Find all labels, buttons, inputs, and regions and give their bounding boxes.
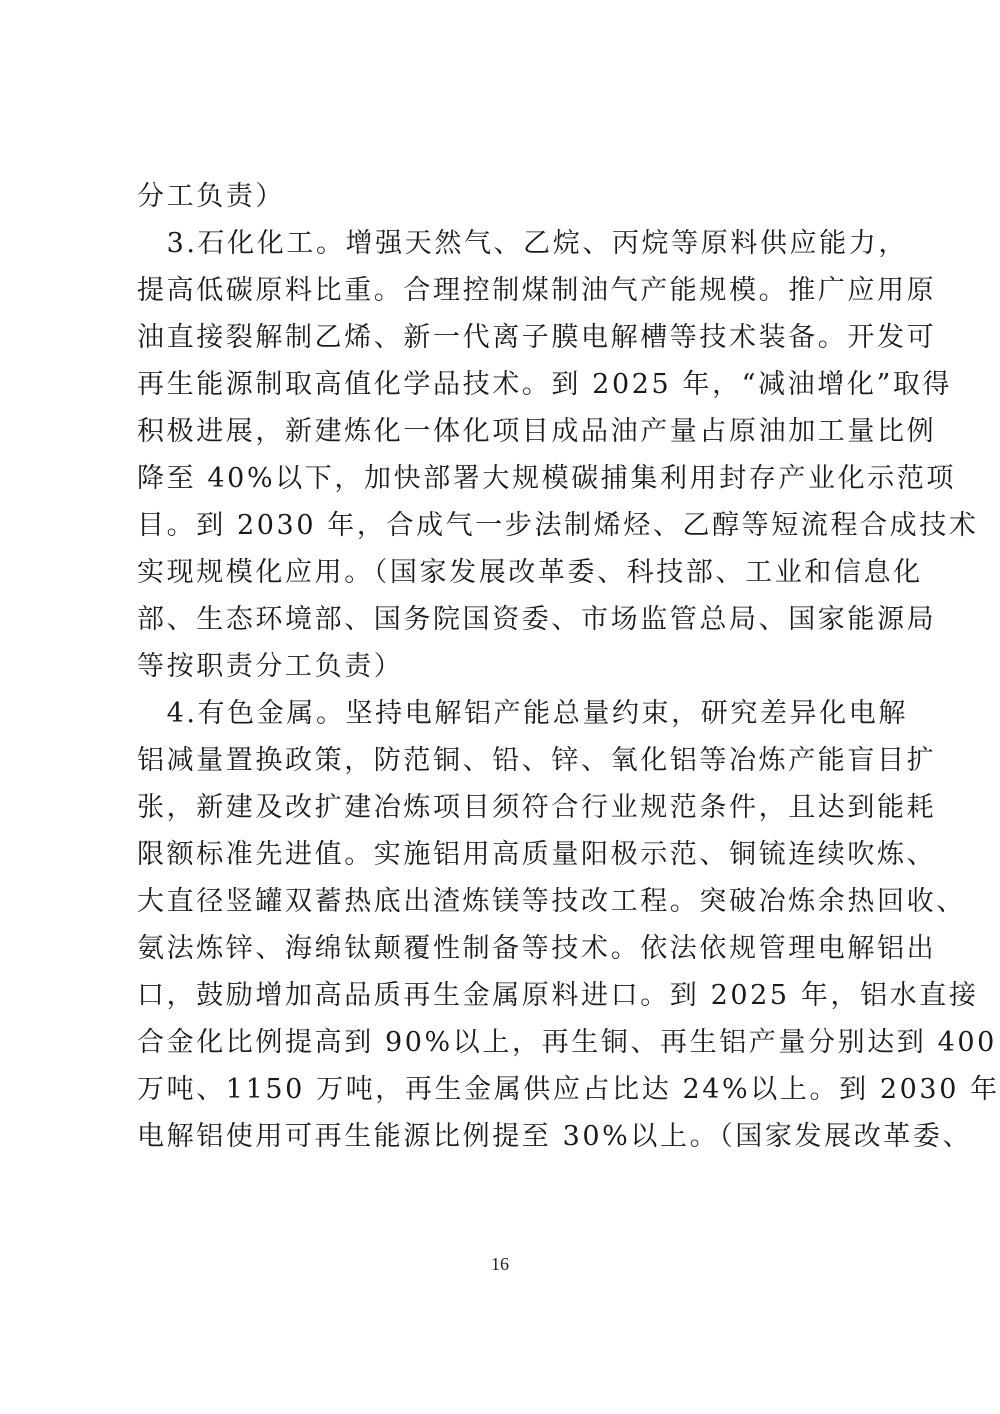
text-line: 张，新建及改扩建冶炼项目须符合行业规范条件，且达到能耗 (137, 788, 863, 828)
text-line: 氨法炼锌、海绵钛颠覆性制备等技术。依法依规管理电解铝出 (137, 929, 863, 969)
text-line: 等按职责分工负责） (137, 647, 863, 687)
page-number: 16 (0, 1254, 1000, 1275)
text-line: 分工负责） (137, 177, 863, 217)
text-line: 积极进展，新建炼化一体化项目成品油产量占原油加工量比例 (137, 412, 863, 452)
text-line: 部、生态环境部、国务院国资委、市场监管总局、国家能源局 (137, 600, 863, 640)
text-line: 油直接裂解制乙烯、新一代离子膜电解槽等技术装备。开发可 (137, 318, 863, 358)
text-line: 口，鼓励增加高品质再生金属原料进口。到 2025 年，铝水直接 (137, 976, 863, 1016)
text-line: 再生能源制取高值化学品技术。到 2025 年，“减油增化”取得 (137, 365, 863, 405)
section-4-heading-line: 4.有色金属。坚持电解铝产能总量约束，研究差异化电解 (137, 694, 863, 734)
text-line: 降至 40%以下，加快部署大规模碳捕集利用封存产业化示范项 (137, 459, 863, 499)
text-line: 万吨、1150 万吨，再生金属供应占比达 24%以上。到 2030 年， (137, 1070, 863, 1110)
text-line: 铝减量置换政策，防范铜、铅、锌、氧化铝等冶炼产能盲目扩 (137, 741, 863, 781)
document-page: 分工负责） 3.石化化工。增强天然气、乙烷、丙烷等原料供应能力， 提高低碳原料比… (0, 0, 1000, 1414)
text-line: 目。到 2030 年，合成气一步法制烯烃、乙醇等短流程合成技术 (137, 506, 863, 546)
text-line: 限额标准先进值。实施铝用高质量阳极示范、铜锍连续吹炼、 (137, 835, 863, 875)
text-line: 合金化比例提高到 90%以上，再生铜、再生铝产量分别达到 400 (137, 1023, 863, 1063)
text-line: 实现规模化应用。（国家发展改革委、科技部、工业和信息化 (137, 553, 863, 593)
text-line: 大直径竖罐双蓄热底出渣炼镁等技改工程。突破冶炼余热回收、 (137, 882, 863, 922)
section-3-heading-line: 3.石化化工。增强天然气、乙烷、丙烷等原料供应能力， (137, 224, 863, 264)
text-line: 电解铝使用可再生能源比例提至 30%以上。（国家发展改革委、 (137, 1117, 863, 1157)
text-line: 提高低碳原料比重。合理控制煤制油气产能规模。推广应用原 (137, 271, 863, 311)
